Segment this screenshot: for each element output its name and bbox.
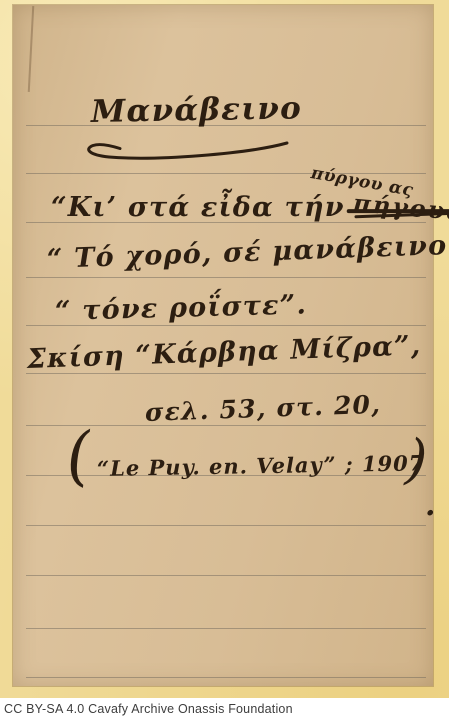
ruled-line bbox=[26, 373, 426, 374]
verse-line-2: “ Τό χορό, σέ μανάβεινο bbox=[46, 231, 447, 275]
note-title: Μανάβεινο bbox=[91, 91, 303, 129]
page-reference: σελ. 53, στ. 20, bbox=[145, 391, 382, 427]
verse-line-3: “ τόνε ροΐστε”. bbox=[55, 290, 308, 326]
source-line: Σκίση “Κάρβηα Μίζρα”, bbox=[26, 331, 421, 374]
citation-open-paren: ( bbox=[64, 421, 94, 493]
verse-line-1-text: “Κι’ στά εἶδα τήν bbox=[51, 192, 345, 223]
license-caption: CC BY-SA 4.0 Cavafy Archive Onassis Foun… bbox=[0, 698, 449, 721]
citation-period: . bbox=[425, 489, 437, 522]
ruled-line bbox=[26, 677, 426, 678]
citation-line: “Le Puy. en. Velay” ; 1907 bbox=[97, 451, 425, 480]
ruled-line bbox=[26, 628, 426, 629]
ruled-line bbox=[26, 525, 426, 526]
title-underline-flourish bbox=[79, 138, 293, 166]
verse-line-1: “Κι’ στά εἶδα τήνπήγουσ bbox=[51, 193, 449, 223]
ruled-line bbox=[26, 277, 426, 278]
paper-crease bbox=[28, 6, 34, 92]
manuscript-paper: Μανάβεινο πύργου ας “Κι’ στά εἶδα τήνπήγ… bbox=[13, 5, 433, 686]
struck-word: πήγουσ bbox=[352, 190, 449, 226]
ruled-line bbox=[26, 575, 426, 576]
citation-close-paren: ) bbox=[404, 429, 429, 490]
